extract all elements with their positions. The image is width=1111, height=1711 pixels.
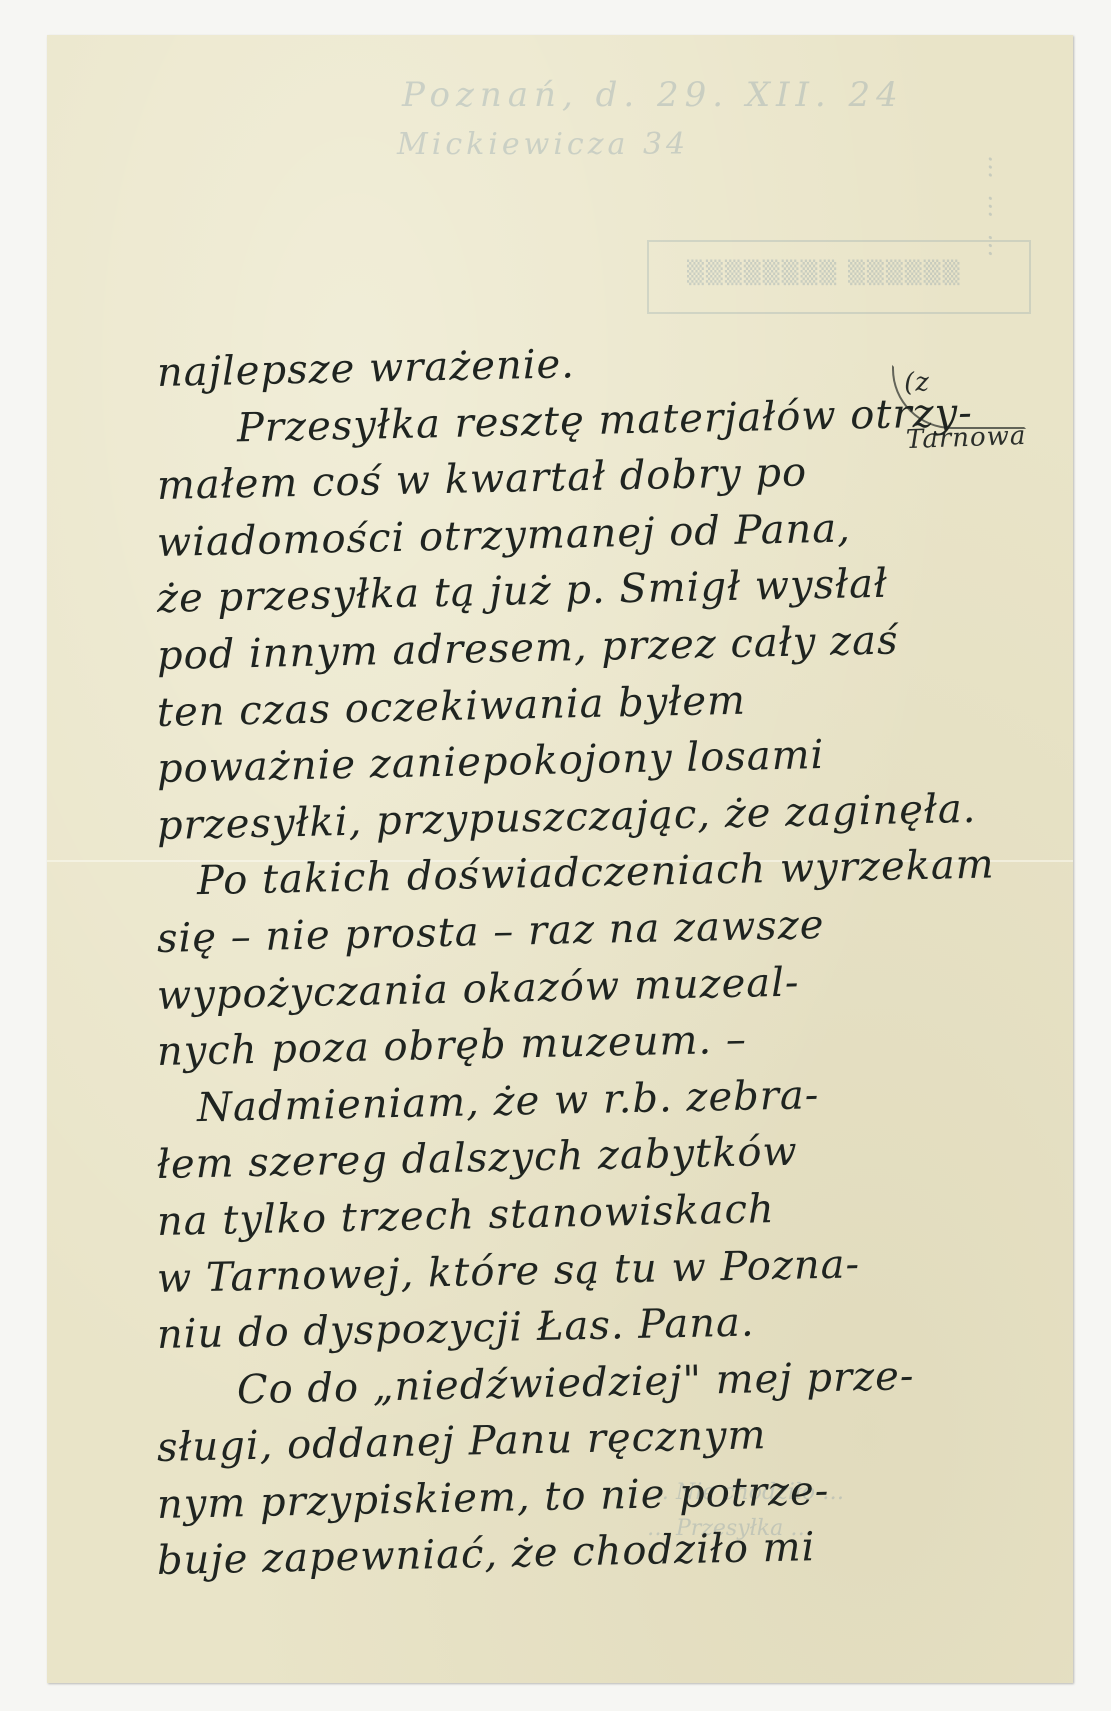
bleed-through-stamp	[647, 240, 1031, 314]
letter-page: Poznań, d. 29. XII. 24 Mickiewicza 34 ▒▒…	[47, 35, 1073, 1683]
bleed-through-margin-notes: … … …	[977, 155, 1017, 258]
bleed-through-date: Poznań, d. 29. XII. 24	[402, 75, 904, 115]
bleed-through-address: Mickiewicza 34	[397, 127, 689, 162]
bleed-through-stamp-text: ▒▒▒▒▒▒▒▒ ▒▒▒▒▒▒	[687, 260, 962, 286]
letter-body: (z Tarnowa najlepsze wrażenie. Przesyłka…	[157, 345, 1017, 1590]
scan-background: Poznań, d. 29. XII. 24 Mickiewicza 34 ▒▒…	[0, 0, 1111, 1711]
